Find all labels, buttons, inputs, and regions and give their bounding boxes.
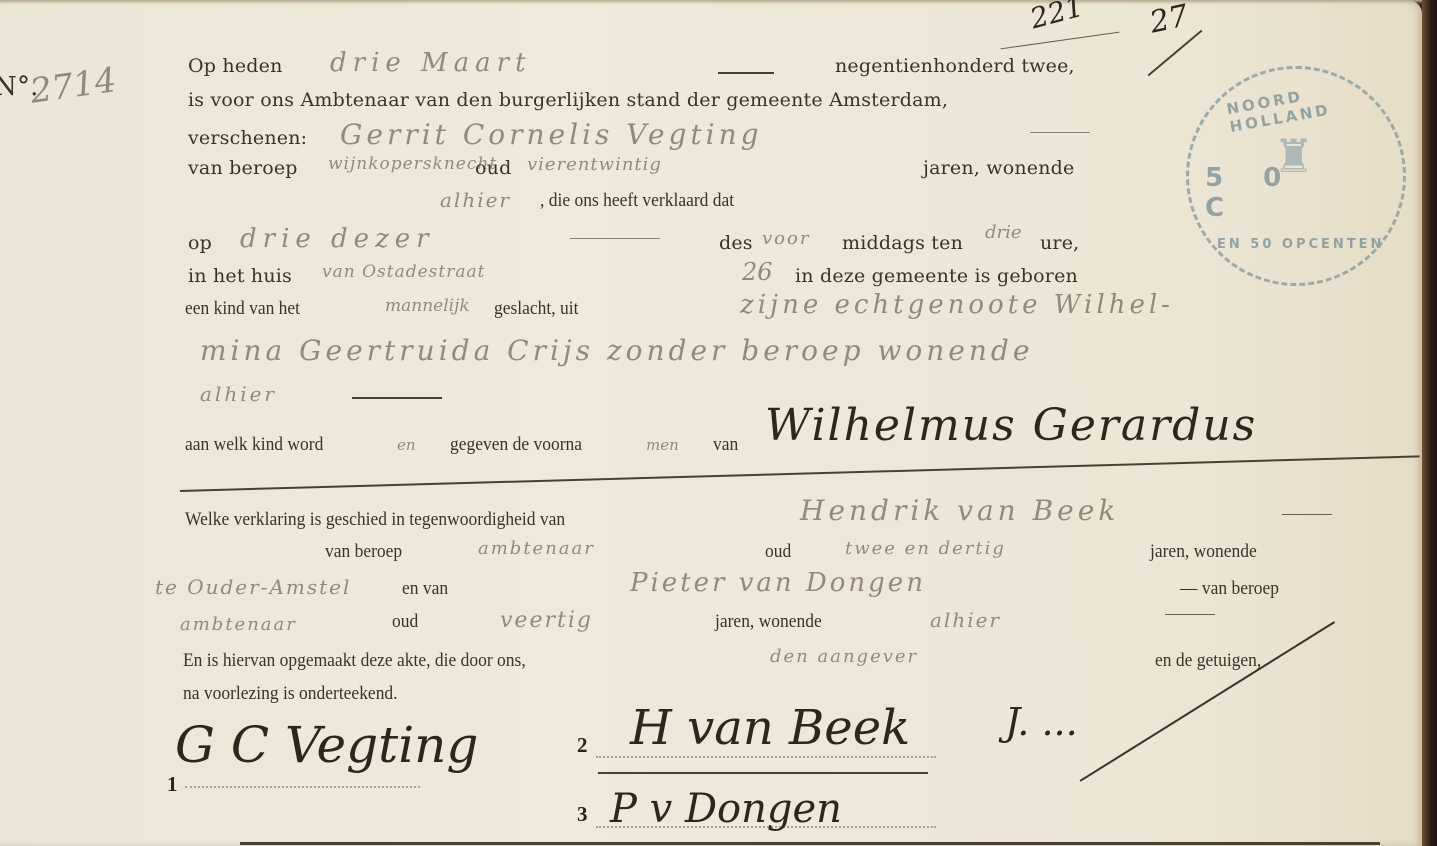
hw-date: drie Maart bbox=[330, 48, 532, 78]
signature-number-2: 2 bbox=[577, 733, 588, 758]
printed-van-beroep-w2: — van beroep bbox=[1180, 578, 1279, 600]
tax-stamp: NOORD HOLLAND 50 C EN 50 OPCENTEN ♜ bbox=[1186, 66, 1406, 286]
printed-van-beroep: van beroep bbox=[188, 157, 298, 179]
separator-rule bbox=[180, 455, 1420, 492]
registrar-signature: J. ... bbox=[1005, 700, 1078, 744]
hw-mother-line2: mina Geertruida Crijs zonder beroep wone… bbox=[200, 334, 1033, 367]
printed-ambtenaar: is voor ons Ambtenaar van den burgerlijk… bbox=[188, 89, 948, 111]
printed-ure: ure, bbox=[1040, 232, 1079, 254]
fill-line bbox=[352, 397, 442, 399]
book-binding-edge bbox=[1422, 0, 1437, 846]
hw-signed-by: den aangever bbox=[770, 646, 918, 667]
bottom-rule bbox=[240, 842, 1380, 845]
hw-witness1-occupation: ambtenaar bbox=[478, 538, 595, 559]
hw-hour: drie bbox=[985, 222, 1022, 243]
signature-number-1: 1 bbox=[167, 772, 178, 797]
fill-line bbox=[570, 238, 660, 239]
printed-des: des bbox=[719, 232, 753, 254]
printed-van: van bbox=[713, 434, 738, 456]
signature-3: P v Dongen bbox=[610, 786, 842, 832]
corner-mark-right: 27 bbox=[1147, 0, 1192, 41]
printed-op-heden: Op heden bbox=[188, 55, 283, 77]
printed-opgemaakt: En is hiervan opgemaakt deze akte, die d… bbox=[183, 650, 526, 672]
hw-age: vierentwintig bbox=[527, 154, 662, 175]
hw-child-name: Wilhelmus Gerardus bbox=[765, 400, 1257, 451]
record-number: 2714 bbox=[28, 60, 119, 112]
hw-witness1-residence: te Ouder-Amstel bbox=[155, 575, 351, 599]
printed-en-getuigen: en de getuigen, bbox=[1155, 650, 1261, 672]
printed-oud-w2: oud bbox=[392, 611, 418, 633]
fill-line bbox=[718, 72, 774, 74]
hw-residence: alhier bbox=[440, 188, 511, 212]
page-top-shadow bbox=[0, 0, 1422, 4]
hw-mother-line3: alhier bbox=[200, 382, 277, 406]
printed-geslacht-uit: geslacht, uit bbox=[494, 298, 578, 320]
hw-occupation: wijnkopersknecht bbox=[328, 154, 497, 174]
printed-middags-ten: middags ten bbox=[842, 232, 963, 254]
printed-oud-w1: oud bbox=[765, 541, 791, 563]
printed-jaren-wonende: jaren, wonende bbox=[923, 157, 1075, 179]
signature-line-2 bbox=[596, 756, 936, 758]
hw-witness1-name: Hendrik van Beek bbox=[800, 494, 1119, 527]
printed-verschenen: verschenen: bbox=[188, 127, 307, 149]
fill-line bbox=[1282, 514, 1332, 515]
hw-witness1-age: twee en dertig bbox=[845, 538, 1006, 559]
registrar-flourish bbox=[1080, 621, 1335, 781]
hw-witness2-residence: alhier bbox=[930, 608, 1001, 632]
hw-birth-day: drie dezer bbox=[240, 224, 435, 254]
hw-part-of-day: voor bbox=[762, 228, 810, 249]
signature-number-3: 3 bbox=[577, 802, 588, 827]
corner-mark-underline bbox=[1001, 32, 1120, 50]
printed-in-het-huis: in het huis bbox=[188, 265, 292, 287]
printed-en-van: en van bbox=[402, 578, 448, 600]
stamp-lion-emblem-icon: ♜ bbox=[1273, 129, 1314, 183]
hw-sex: mannelijk bbox=[385, 296, 470, 316]
hw-witness2-name: Pieter van Dongen bbox=[630, 568, 926, 598]
printed-year: negentienhonderd twee, bbox=[835, 55, 1075, 77]
fill-line bbox=[1030, 132, 1090, 133]
document-page: N°. 2714 221 27 NOORD HOLLAND 50 C EN 50… bbox=[0, 0, 1422, 846]
printed-gegeven: gegeven de voorna bbox=[450, 434, 582, 456]
printed-van-beroep-w1: van beroep bbox=[325, 541, 402, 563]
hw-name-suffix: men bbox=[646, 436, 679, 454]
printed-kind-van-het: een kind van het bbox=[185, 298, 300, 320]
printed-geboren: in deze gemeente is geboren bbox=[795, 265, 1078, 287]
printed-voorlezing: na voorlezing is onderteekend. bbox=[183, 683, 398, 705]
hw-witness2-occupation: ambtenaar bbox=[180, 614, 297, 635]
hw-witness2-age: veertig bbox=[500, 608, 593, 633]
hw-word-suffix: en bbox=[397, 436, 416, 454]
hw-declarant: Gerrit Cornelis Vegting bbox=[340, 118, 763, 151]
printed-oud: oud bbox=[475, 157, 511, 179]
fill-line bbox=[1165, 614, 1215, 615]
printed-op: op bbox=[188, 232, 212, 254]
hw-street: van Ostadestraat bbox=[322, 262, 485, 282]
signature-2: H van Beek bbox=[630, 700, 910, 756]
hw-mother-line1: zijne echtgenoote Wilhel- bbox=[740, 290, 1174, 320]
printed-jaren-wonende-w2: jaren, wonende bbox=[715, 611, 822, 633]
hw-house-number: 26 bbox=[742, 258, 773, 286]
corner-mark-left: 221 bbox=[1027, 0, 1087, 35]
signature-1: G C Vegting bbox=[175, 716, 478, 774]
stamp-bottom-text: EN 50 OPCENTEN bbox=[1217, 237, 1384, 252]
printed-welke-verklaring: Welke verklaring is geschied in tegenwoo… bbox=[185, 509, 565, 531]
signature-underline bbox=[598, 772, 928, 774]
printed-verklaard: , die ons heeft verklaard dat bbox=[540, 190, 734, 212]
signature-line-1 bbox=[185, 786, 420, 788]
printed-aan-welk-kind: aan welk kind word bbox=[185, 434, 323, 456]
printed-jaren-wonende-w1: jaren, wonende bbox=[1150, 541, 1257, 563]
